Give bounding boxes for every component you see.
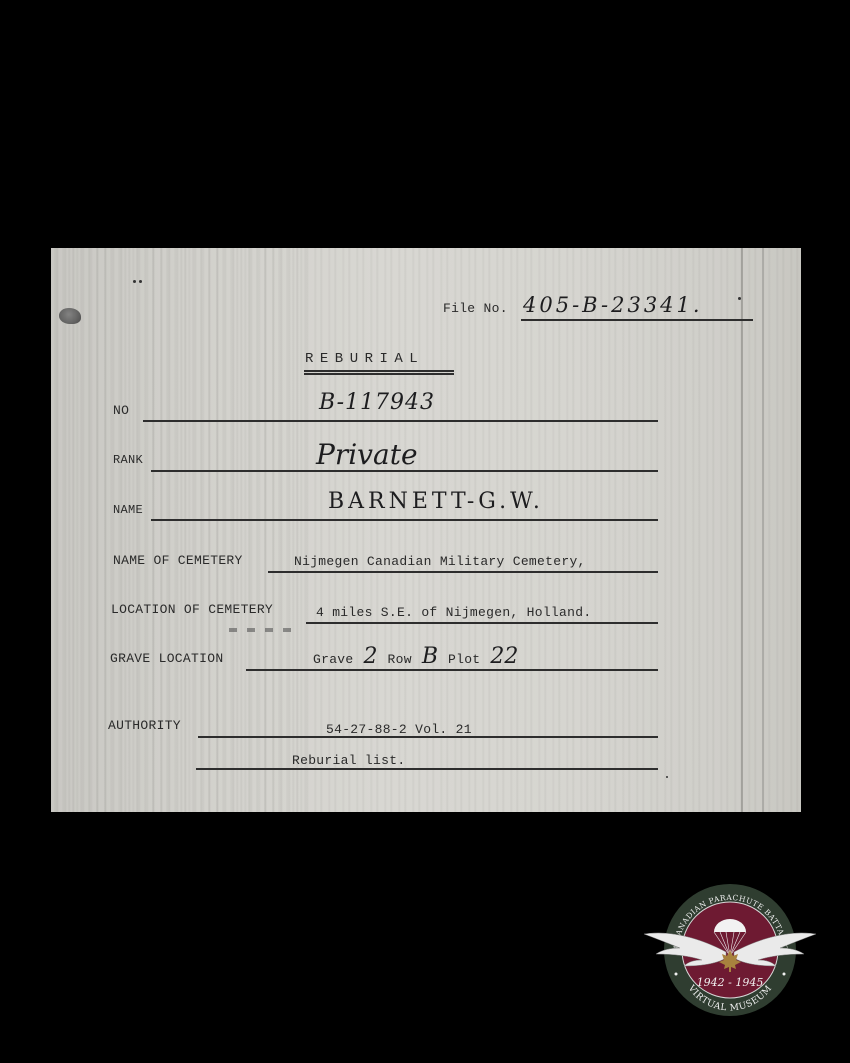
- cemetery-name-line: [268, 571, 658, 573]
- authority-value: 54-27-88-2 Vol. 21: [326, 722, 472, 737]
- grave-location-value: Grave2RowBPlot22: [313, 644, 528, 669]
- authority-line: [198, 736, 658, 738]
- authority-line2: [196, 768, 658, 770]
- rank-label: RANK: [113, 453, 143, 467]
- row-value: B: [422, 644, 438, 669]
- plot-value: 22: [490, 644, 518, 669]
- document-title: REBURIAL: [305, 351, 424, 367]
- grave-value: 2: [364, 644, 378, 669]
- authority-value-line2: Reburial list.: [292, 753, 405, 768]
- grave-location-line: [246, 669, 658, 671]
- speck: [738, 297, 741, 300]
- speck: [133, 280, 136, 283]
- speck: [139, 280, 142, 283]
- cemetery-name-label: NAME OF CEMETERY: [113, 553, 243, 568]
- row-label: Row: [388, 652, 412, 667]
- logo-years: 1942 - 1945: [697, 976, 764, 989]
- name-line: [151, 519, 658, 521]
- punch-hole: [59, 308, 81, 324]
- grave-location-label: GRAVE LOCATION: [110, 651, 223, 666]
- name-value: BARNETT-G.W.: [328, 489, 544, 514]
- plot-label: Plot: [448, 652, 480, 667]
- underline: [521, 319, 753, 321]
- museum-logo: 1st CANADIAN PARACHUTE BATTALION VIRTUAL…: [640, 880, 820, 1020]
- reburial-document: File No. 405-B-23341. REBURIAL NO B-1179…: [51, 248, 801, 812]
- cemetery-location-label: LOCATION OF CEMETERY: [111, 602, 273, 617]
- fold-line: [741, 248, 743, 812]
- cemetery-location-value: 4 miles S.E. of Nijmegen, Holland.: [316, 605, 591, 620]
- no-line: [143, 420, 658, 422]
- speck: [666, 776, 668, 778]
- rank-line: [151, 470, 658, 472]
- file-no-value: 405-B-23341.: [523, 293, 703, 317]
- name-label: NAME: [113, 503, 143, 517]
- rank-value: Private: [316, 438, 418, 471]
- fold-line: [762, 248, 764, 812]
- cemetery-location-line: [306, 622, 658, 624]
- title-underline: [304, 373, 454, 375]
- file-no-label: File No.: [443, 301, 508, 316]
- stray-marks: [229, 628, 299, 632]
- cemetery-name-value: Nijmegen Canadian Military Cemetery,: [294, 554, 586, 569]
- title-underline: [304, 370, 454, 372]
- grave-label: Grave: [313, 652, 354, 667]
- no-value: B-117943: [319, 390, 435, 415]
- no-label: NO: [113, 403, 129, 418]
- authority-label: AUTHORITY: [108, 718, 181, 733]
